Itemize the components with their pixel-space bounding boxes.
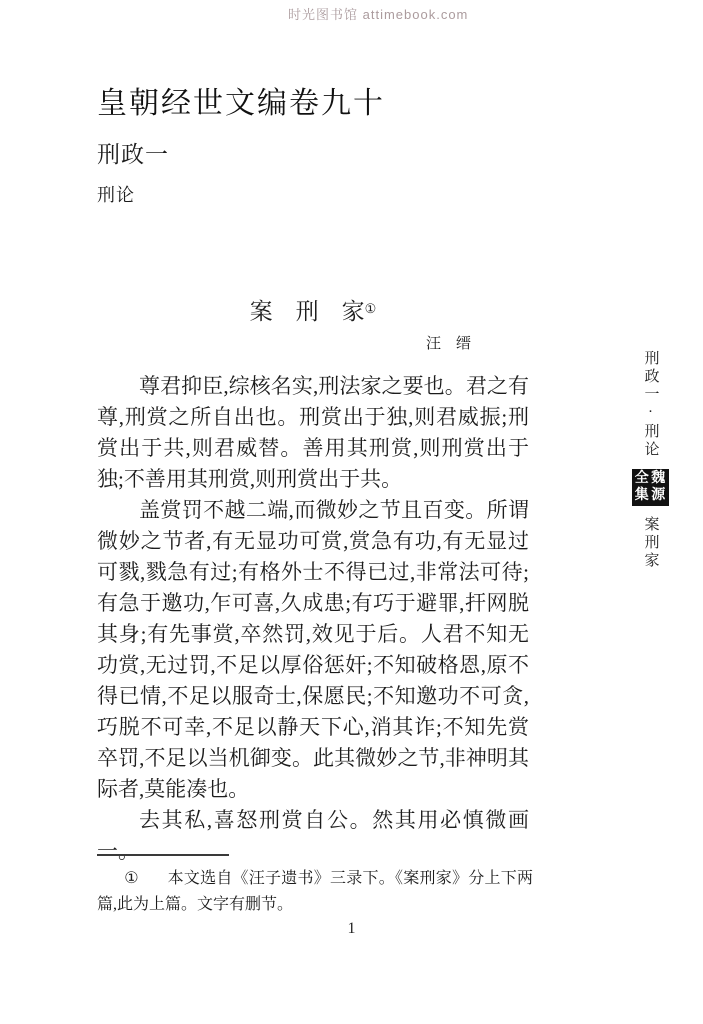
article-title: 案 刑 家① bbox=[97, 293, 529, 326]
body-paragraph-1: 尊君抑臣,综核名实,刑法家之要也。君之有尊,刑赏之所自出也。刑赏出于独,则君威振… bbox=[97, 371, 529, 495]
article-title-text: 案 刑 家 bbox=[250, 299, 365, 324]
footnote-text: 本文选自《汪子遗书》三录下。《案刑家》分上下两篇,此为上篇。文字有删节。 bbox=[97, 870, 533, 913]
section-title: 刑政一 bbox=[97, 136, 385, 169]
article-body: 尊君抑臣,综核名实,刑法家之要也。君之有尊,刑赏之所自出也。刑赏出于独,则君威振… bbox=[97, 371, 529, 867]
page-number: 1 bbox=[0, 920, 703, 938]
watermark-text: 时光图书馆 attimebook.com bbox=[288, 4, 468, 23]
footnote-divider-rule bbox=[97, 854, 229, 856]
subsection-title: 刑论 bbox=[97, 181, 385, 207]
running-head-section: 刑政一·刑论 bbox=[643, 350, 658, 459]
book-page-scan: 时光图书馆 attimebook.com 皇朝经世文编卷九十 刑政一 刑论 案 … bbox=[0, 0, 703, 1024]
seal-char-3: 全 bbox=[634, 471, 651, 488]
author-name: 汪 缙 bbox=[97, 332, 529, 353]
margin-column: 刑政一·刑论 魏 源 全 集 案刑家 bbox=[629, 350, 671, 570]
body-paragraph-3: 去其私,喜怒刑赏自公。然其用必慎微画一。 bbox=[97, 805, 529, 867]
seal-char-4: 集 bbox=[634, 488, 651, 505]
volume-title: 皇朝经世文编卷九十 bbox=[97, 86, 385, 122]
running-head-article: 案刑家 bbox=[643, 516, 658, 570]
footnote: ①本文选自《汪子遗书》三录下。《案刑家》分上下两篇,此为上篇。文字有删节。 bbox=[97, 866, 533, 918]
seal-char-2: 源 bbox=[650, 488, 667, 505]
seal-char-1: 魏 bbox=[650, 471, 667, 488]
publisher-seal: 魏 源 全 集 bbox=[632, 469, 669, 506]
chapter-header: 皇朝经世文编卷九十 刑政一 刑论 bbox=[97, 86, 385, 207]
footnote-reference-mark: ① bbox=[365, 301, 377, 316]
body-paragraph-2: 盖赏罚不越二端,而微妙之节且百变。所谓微妙之节者,有无显功可赏,赏急有功,有无显… bbox=[97, 495, 529, 805]
footnote-marker: ① bbox=[124, 870, 139, 887]
